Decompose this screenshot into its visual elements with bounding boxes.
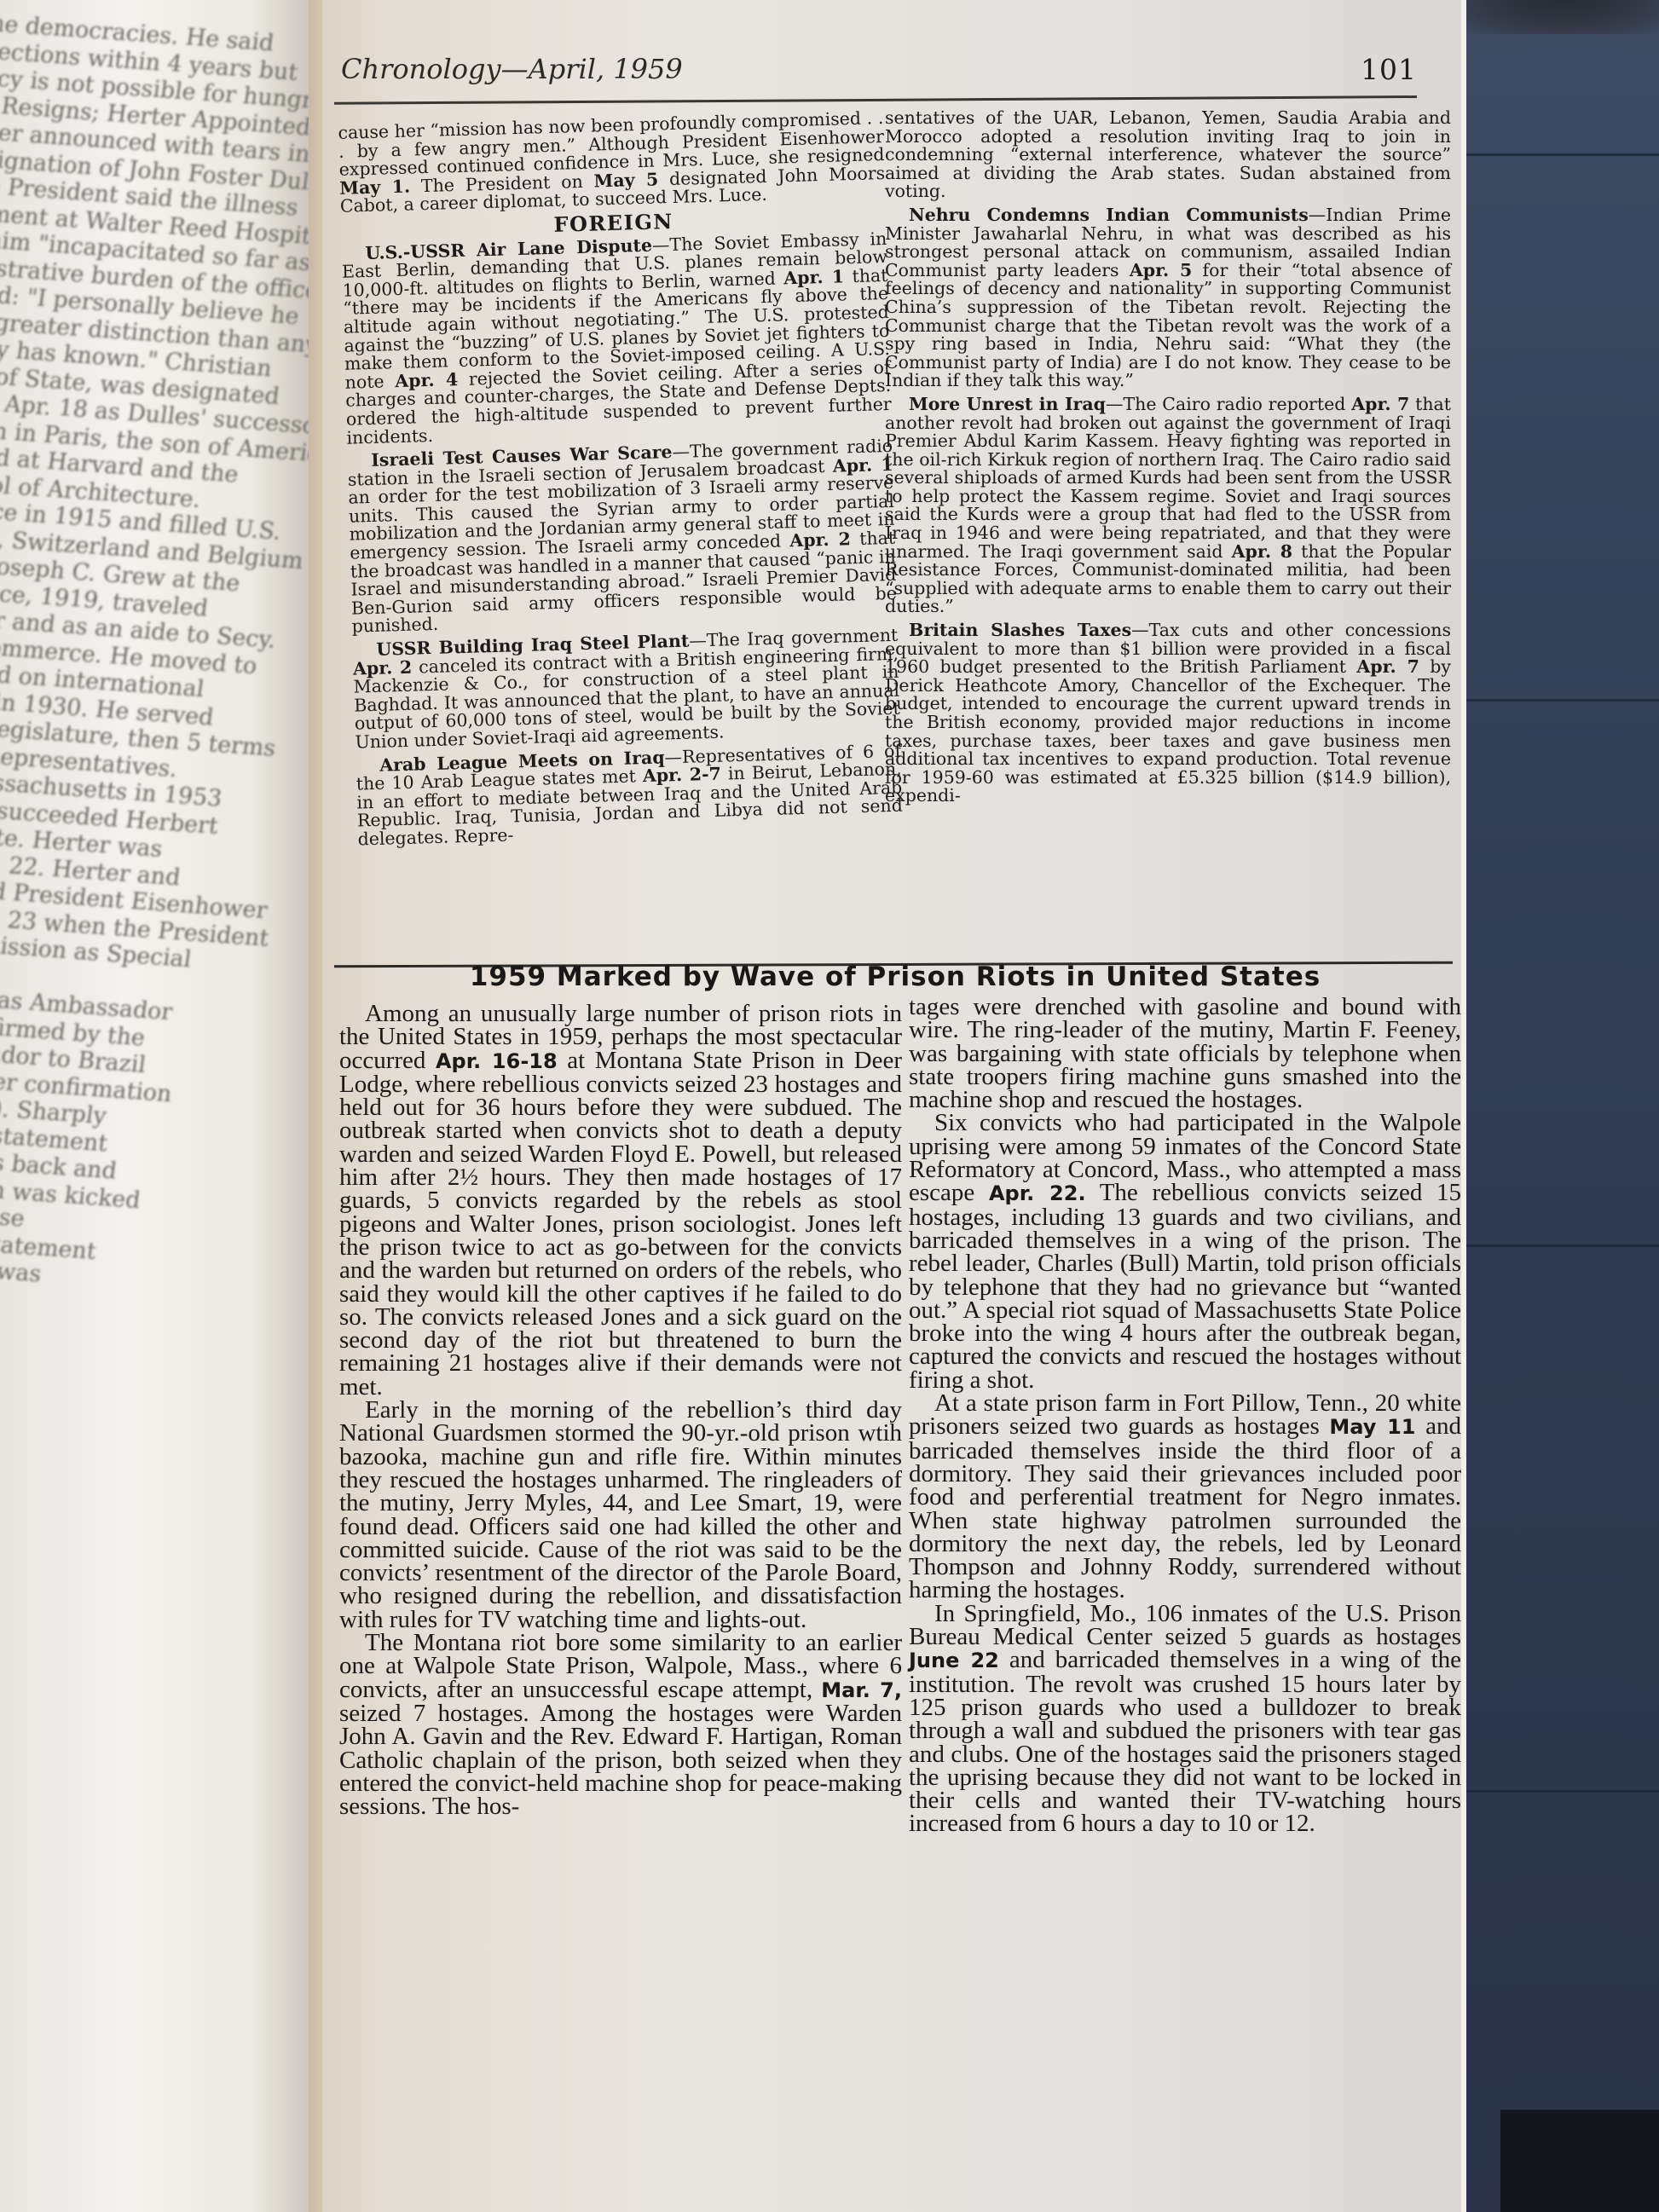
article-paragraph: tages were drenched with gasoline and bo… bbox=[909, 996, 1461, 1112]
chronology-column-left: cause her “mission has now been profound… bbox=[338, 109, 904, 854]
news-date: Apr. 7 bbox=[1356, 656, 1419, 677]
article-date: Mar. 7, bbox=[821, 1678, 902, 1702]
article-date: June 22 bbox=[909, 1649, 999, 1672]
article-text: The Montana riot bore some similarity to… bbox=[339, 1629, 902, 1703]
carpet-fragment bbox=[1466, 0, 1659, 34]
article-text: and barricaded themselves in a wing of t… bbox=[909, 1646, 1461, 1837]
news-item: Britain Slashes Taxes—Tax cuts and other… bbox=[885, 621, 1451, 806]
article-paragraph: In Springfield, Mo., 106 inmates of the … bbox=[909, 1603, 1461, 1836]
page-number: 101 bbox=[1361, 53, 1417, 86]
news-headline: Nehru Condemns Indian Communists bbox=[909, 205, 1309, 225]
news-text: that another revolt had broken out again… bbox=[885, 394, 1451, 562]
article-text: The rebellious convicts seized 15 hostag… bbox=[909, 1179, 1461, 1393]
article-paragraph: Six convicts who had participated in the… bbox=[909, 1112, 1461, 1392]
news-items: Nehru Condemns Indian Communists—Indian … bbox=[885, 206, 1451, 806]
article-column-right: tages were drenched with gasoline and bo… bbox=[909, 996, 1461, 1836]
left-page: the democracies. He saidelections within… bbox=[0, 0, 315, 2212]
article-date: May 11 bbox=[1329, 1415, 1415, 1439]
news-item: Arab League Meets on Iraq—Representative… bbox=[355, 742, 904, 849]
news-date: Apr. 8 bbox=[1232, 541, 1292, 562]
news-text: canceled its contract with a British eng… bbox=[353, 643, 900, 752]
continuation-paragraph: cause her “mission has now been profound… bbox=[338, 109, 886, 217]
article-text: Early in the morning of the rebellion’s … bbox=[339, 1396, 902, 1633]
article-paragraph: The Montana riot bore some similarity to… bbox=[339, 1632, 902, 1818]
news-headline: Britain Slashes Taxes bbox=[909, 620, 1131, 640]
news-item: U.S.-USSR Air Lane Dispute—The Soviet Em… bbox=[341, 230, 892, 448]
article-date: Apr. 22. bbox=[989, 1181, 1086, 1205]
news-item: USSR Building Iraq Steel Plant—The Iraq … bbox=[352, 627, 900, 752]
news-item: Israeli Test Causes War Scare—The govern… bbox=[347, 437, 898, 637]
news-item: More Unrest in Iraq—The Cairo radio repo… bbox=[885, 396, 1451, 616]
left-page-text: the democracies. He saidelections within… bbox=[0, 9, 315, 1377]
article-text: In Springfield, Mo., 106 inmates of the … bbox=[909, 1600, 1461, 1650]
continuation-paragraph: sentatives of the UAR, Lebanon, Yemen, S… bbox=[885, 109, 1451, 201]
news-text: for their “total absence of feelings of … bbox=[885, 260, 1451, 391]
table-shadow bbox=[1500, 2110, 1659, 2212]
article-paragraph: At a state prison farm in Fort Pillow, T… bbox=[909, 1392, 1461, 1603]
article-text: tages were drenched with gasoline and bo… bbox=[909, 993, 1461, 1113]
news-text: by Derick Heathcote Amory, Chancellor of… bbox=[885, 656, 1451, 806]
news-text: —The Cairo radio reported bbox=[1106, 394, 1351, 414]
chronology-column-right: sentatives of the UAR, Lebanon, Yemen, S… bbox=[885, 109, 1451, 811]
news-items: U.S.-USSR Air Lane Dispute—The Soviet Em… bbox=[341, 230, 904, 850]
article-title: 1959 Marked by Wave of Prison Riots in U… bbox=[341, 962, 1449, 992]
article-text: seized 7 hostages. Among the hostages we… bbox=[339, 1700, 902, 1820]
article-text: and barricaded themselves inside the thi… bbox=[909, 1412, 1461, 1603]
article-date: Apr. 16-18 bbox=[436, 1049, 558, 1073]
article-paragraph: Early in the morning of the rebellion’s … bbox=[339, 1399, 902, 1632]
article-text: at Montana State Prison in Deer Lodge, w… bbox=[339, 1047, 902, 1401]
news-date: Apr. 7 bbox=[1351, 394, 1409, 414]
news-item: Nehru Condemns Indian Communists—Indian … bbox=[885, 206, 1451, 390]
running-head: Chronology—April, 1959 bbox=[341, 53, 853, 85]
news-headline: More Unrest in Iraq bbox=[909, 394, 1106, 414]
article-column-left: Among an unusually large number of priso… bbox=[339, 1002, 902, 1818]
news-date: Apr. 5 bbox=[1130, 260, 1192, 280]
article-paragraph: Among an unusually large number of priso… bbox=[339, 1002, 902, 1399]
